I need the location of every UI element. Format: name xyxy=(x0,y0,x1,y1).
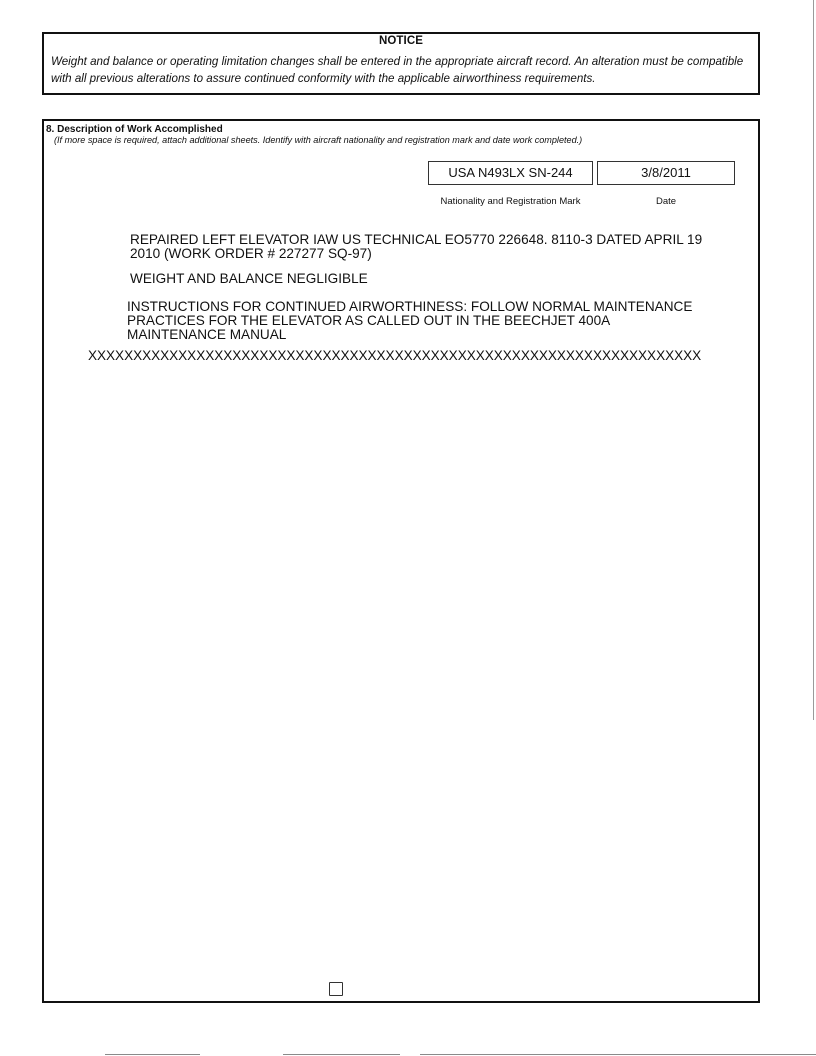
bottom-rule xyxy=(105,1054,200,1055)
registration-mark-field[interactable]: USA N493LX SN-244 xyxy=(428,161,593,185)
date-field[interactable]: 3/8/2011 xyxy=(597,161,735,185)
continuation-checkbox[interactable] xyxy=(329,982,343,996)
section-heading: 8. Description of Work Accomplished xyxy=(46,124,223,135)
work-description-section: 8. Description of Work Accomplished (If … xyxy=(42,119,760,1003)
registration-mark-label: Nationality and Registration Mark xyxy=(428,196,593,207)
notice-body: Weight and balance or operating limitati… xyxy=(51,54,752,87)
weight-balance-paragraph: WEIGHT AND BALANCE NEGLIGIBLE xyxy=(130,272,770,286)
bottom-rule xyxy=(420,1054,816,1055)
end-of-entry-marker: XXXXXXXXXXXXXXXXXXXXXXXXXXXXXXXXXXXXXXXX… xyxy=(88,348,701,363)
airworthiness-instructions-paragraph: INSTRUCTIONS FOR CONTINUED AIRWORTHINESS… xyxy=(127,300,767,342)
notice-box: NOTICE Weight and balance or operating l… xyxy=(42,32,760,95)
notice-title: NOTICE xyxy=(44,35,758,47)
scan-edge-line xyxy=(813,0,814,720)
date-label: Date xyxy=(597,196,735,207)
work-description-paragraph: REPAIRED LEFT ELEVATOR IAW US TECHNICAL … xyxy=(130,233,770,261)
bottom-rule xyxy=(283,1054,400,1055)
section-instructions: (If more space is required, attach addit… xyxy=(54,135,582,145)
